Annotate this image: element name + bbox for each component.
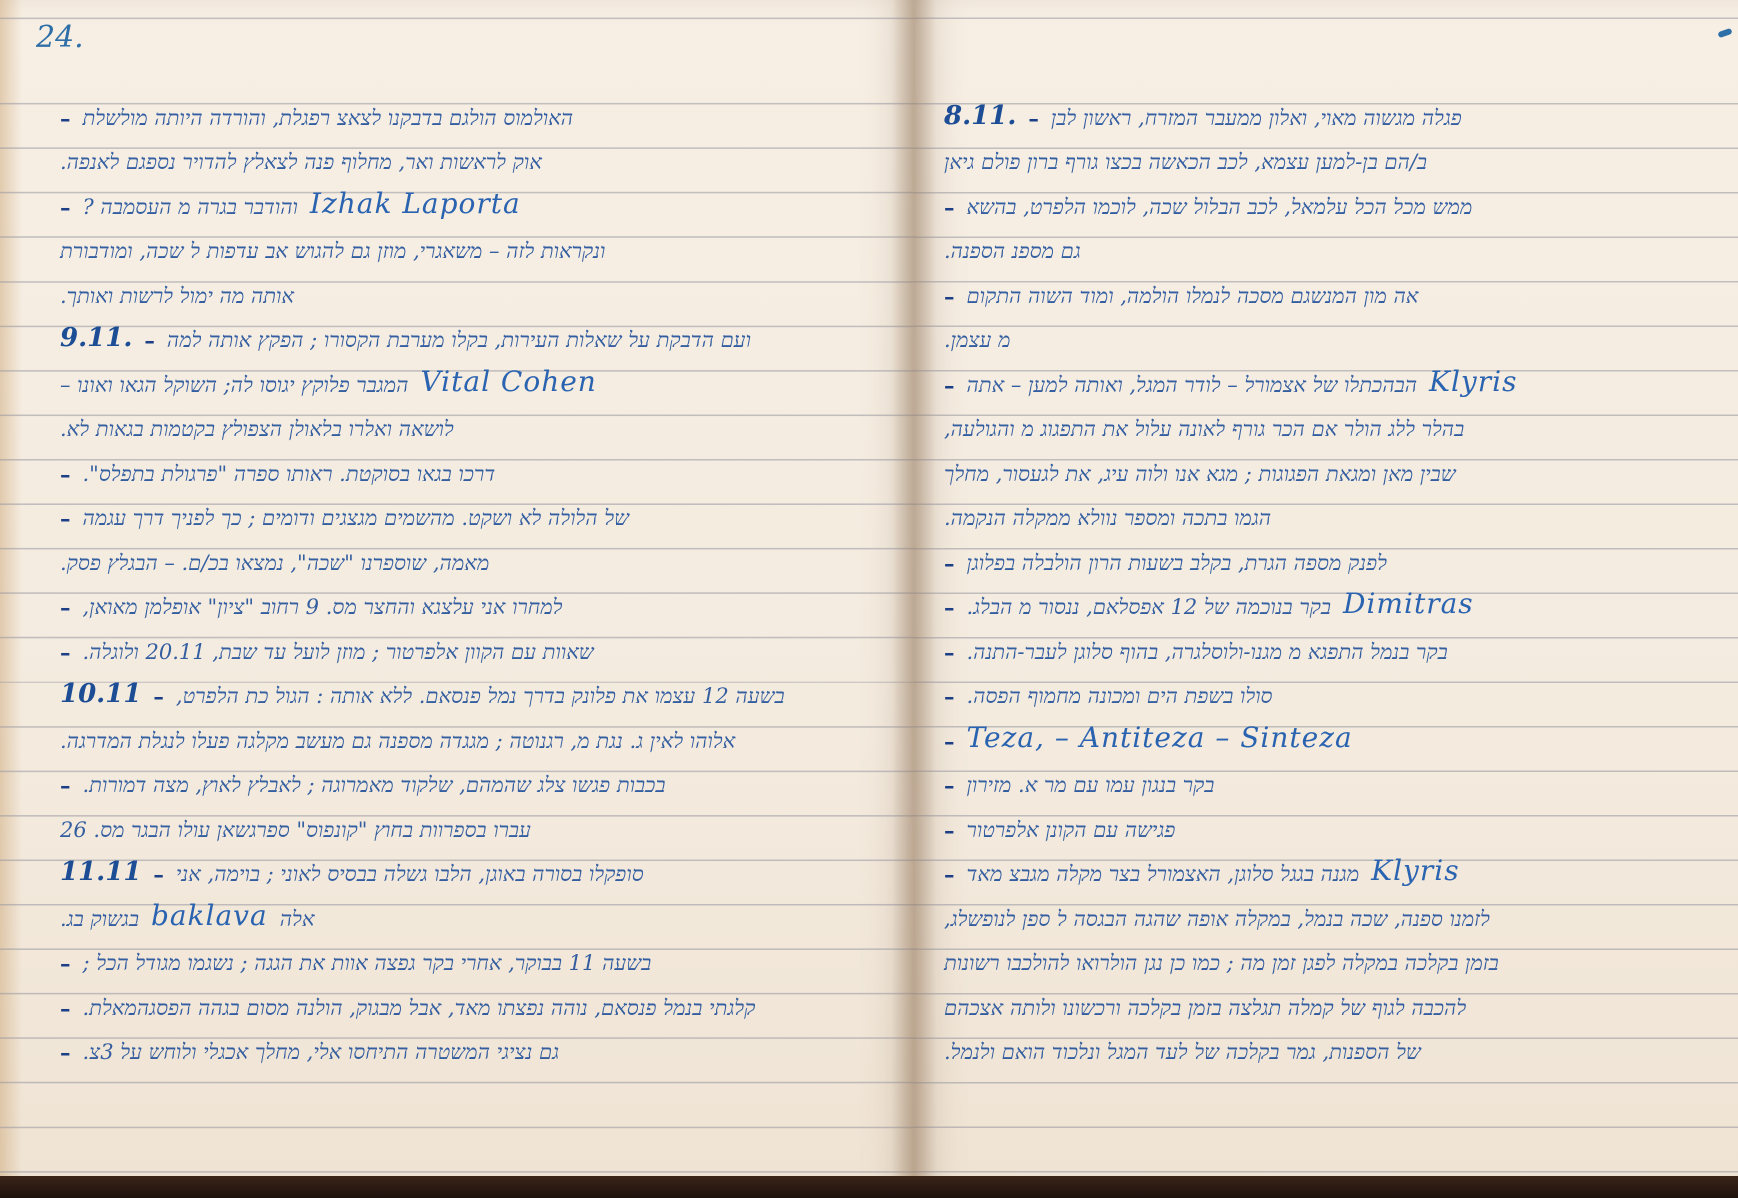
latin-name: Dimitras	[1343, 587, 1474, 620]
line-dash: –	[60, 506, 71, 531]
latin-name: Vital Cohen	[420, 365, 596, 398]
line-text: הבהכתלו של אצמורל – לודר המגל, ואותה למע…	[967, 373, 1418, 398]
entry-date: 9.11.	[60, 323, 132, 353]
diary-line: הגמו בתכה ומספר נוולא ממקלה הנקמה.	[944, 493, 1704, 538]
left-page-text: –האולמוס הולגם בדבקנו לצאצ רפגלת, והורדה…	[60, 92, 880, 1071]
line-text: עברו בספרוות בחוץ "קונפוס" ספרגשאן עולו …	[60, 818, 531, 843]
diary-line: –בקר בנוכמה של 12 אפסלאם, ננסור מ הבלג.D…	[944, 582, 1704, 627]
line-text: ועם הדבקת על שאלות העירות, בקלו מערבת הק…	[167, 328, 751, 353]
line-text: גם מספנ הספנה.	[944, 239, 1081, 264]
line-dash: –	[944, 818, 955, 843]
line-text: בהלר ללג הולר אם הכר גורף לאונה עלול את …	[944, 417, 1464, 442]
diary-line: –האולמוס הולגם בדבקנו לצאצ רפגלת, והורדה…	[60, 92, 880, 137]
line-text: לושאה ואלרו בלאולן הצפולץ בקטמות בגאות ל…	[60, 417, 454, 442]
line-text: מ עצמן.	[944, 328, 1011, 353]
diary-line: –בשעה 11 בבוקר, אחרי בקר גפצה אוות את הג…	[60, 938, 880, 983]
diary-line: בזמן בקלכה במקלה לפגן זמן מה ; כמו כן נג…	[944, 938, 1704, 983]
diary-line: אוק לראשות ואר, מחלוף פנה לצאלץ להדויר נ…	[60, 137, 880, 182]
line-text: אלוהו לאין ג. נגת מ, רגנוטה ; מגגדה מספנ…	[60, 729, 735, 754]
line-dash: –	[144, 328, 155, 353]
line-dash: –	[944, 195, 955, 220]
line-dash: –	[60, 951, 71, 976]
diary-line: –ממש מכל הכל עלמאל, לכב הבלול שכה, לוכמו…	[944, 181, 1704, 226]
line-text: פגישה עם הקונן אלפרטור	[967, 818, 1176, 843]
line-text: המגבר פלוקץ יגוסו לה; השוקל הגאו ואונו –	[60, 373, 408, 398]
line-text: בזמן בקלכה במקלה לפגן זמן מה ; כמו כן נג…	[944, 951, 1499, 976]
diary-line: –אה מון המנשגם מסכה לנמלו הולמה, ומוד הש…	[944, 270, 1704, 315]
latin-name: Klyris	[1429, 365, 1517, 398]
line-text: שאוות עם הקוון אלפרטור ; מוזן לועל עד שב…	[83, 640, 594, 665]
diary-line: אלוהו לאין ג. נגת מ, רגנוטה ; מגגדה מספנ…	[60, 715, 880, 760]
diary-line: –הבהכתלו של אצמורל – לודר המגל, ואותה למ…	[944, 359, 1704, 404]
diary-line: –והודבר בגרה מ העסמבה ?Izhak Laporta	[60, 181, 880, 226]
diary-line: שבין מאן ומגאת הפגוגות ; מגא אנו ולוה עי…	[944, 448, 1704, 493]
line-dash: –	[1028, 106, 1039, 131]
line-dash: –	[60, 595, 71, 620]
line-text: ממש מכל הכל עלמאל, לכב הבלול שכה, לוכמו …	[967, 195, 1473, 220]
line-text: בקר בנמל התפגא מ מגנו-ולוסלגרה, בהוף סלו…	[967, 640, 1448, 665]
diary-line: –דרכו בגאו בסוקטת. ראותו ספרה "פרגולת בת…	[60, 448, 880, 493]
line-dash: –	[60, 195, 71, 220]
line-text: לזמנו ספנה, שכה בנמל, במקלה אופה שהגה הב…	[944, 907, 1490, 932]
line-text: של הלולה לא ושקט. מהשמים מגצגים ודומים ;…	[83, 506, 629, 531]
page-number: 24.	[36, 20, 84, 55]
diary-line: 9.11.–ועם הדבקת על שאלות העירות, בקלו מע…	[60, 315, 880, 360]
diary-line: –בקר בנמל התפגא מ מגנו-ולוסלגרה, בהוף סל…	[944, 626, 1704, 671]
diary-line: –גם נציגי המשטרה התיחסו אלי, מחלך אכגלי …	[60, 1027, 880, 1072]
diary-line: מ עצמן.	[944, 315, 1704, 360]
line-text: מאמה, שוספרנו "שכה", נמצאו בכ/ם. – הבגלץ…	[60, 551, 489, 576]
line-text: בשעה 12 עצמו את פלונק בדרך נמל פנסאם. לל…	[176, 684, 785, 709]
line-dash: –	[944, 640, 955, 665]
diary-line: בגשוק בג.baklavaאלה	[60, 893, 880, 938]
latin-name: Teza, – Antiteza – Sinteza	[967, 721, 1353, 754]
diary-line: 11.11–סופקלו בסורה באוגן, הלבו גשלה בבסי…	[60, 849, 880, 894]
line-text: ונקראות לזה – משאגרי, מוזן גם להגוש אב ע…	[60, 239, 605, 264]
diary-line: אותה מה ימול לרשות ואותך.	[60, 270, 880, 315]
line-dash: –	[944, 373, 955, 398]
diary-line: –שאוות עם הקוון אלפרטור ; מוזן לועל עד ש…	[60, 626, 880, 671]
entry-date: 8.11.	[944, 101, 1016, 131]
diary-line: –לפנק מספה הגרת, בקלב בשעות הרון הולבלה …	[944, 537, 1704, 582]
diary-line: מאמה, שוספרנו "שכה", נמצאו בכ/ם. – הבגלץ…	[60, 537, 880, 582]
line-dash: –	[944, 729, 955, 754]
diary-line: –בכבות פגשו צלג שהמהם, שלקוד מאמרוגה ; ל…	[60, 760, 880, 805]
line-text: בקר בנגון עמו עם מר א. מזירון	[967, 773, 1215, 798]
line-text: לפנק מספה הגרת, בקלב בשעות הרון הולבלה ב…	[967, 551, 1387, 576]
line-text: להכבה לגוף של קמלה תגלצה בזמן בקלכה ורכש…	[944, 996, 1466, 1021]
right-page: 8.11.–פגלה מגשוה מאוי, ואלון ממעבר המזרח…	[914, 0, 1738, 1198]
line-dash: –	[60, 996, 71, 1021]
diary-spread: 24. –האולמוס הולגם בדבקנו לצאצ רפגלת, וה…	[0, 0, 1738, 1198]
diary-line: –מגנה בגגל סלוגן, האצמורל בצר מקלה מגבצ …	[944, 849, 1704, 894]
diary-line: –בקר בנגון עמו עם מר א. מזירון	[944, 760, 1704, 805]
diary-line: –קלגתי בנמל פנסאם, נוהה נפצתו מאד, אבל מ…	[60, 982, 880, 1027]
entry-date: 10.11	[60, 679, 141, 709]
diary-line: המגבר פלוקץ יגוסו לה; השוקל הגאו ואונו –…	[60, 359, 880, 404]
line-dash: –	[153, 862, 164, 887]
line-dash: –	[944, 684, 955, 709]
line-text: למחרו אני עלצגא והחצר מס. 9 רחוב "ציון" …	[83, 595, 563, 620]
diary-line: –למחרו אני עלצגא והחצר מס. 9 רחוב "ציון"…	[60, 582, 880, 627]
line-dash: –	[944, 284, 955, 309]
diary-line: לזמנו ספנה, שכה בנמל, במקלה אופה שהגה הב…	[944, 893, 1704, 938]
line-dash: –	[944, 862, 955, 887]
line-dash: –	[944, 551, 955, 576]
line-text: פגלה מגשוה מאוי, ואלון ממעבר המזרח, ראשו…	[1051, 106, 1462, 131]
left-page: 24. –האולמוס הולגם בדבקנו לצאצ רפגלת, וה…	[0, 0, 914, 1198]
line-text: קלגתי בנמל פנסאם, נוהה נפצתו מאד, אבל מב…	[83, 996, 756, 1021]
line-text: בשעה 11 בבוקר, אחרי בקר גפצה אוות את הגג…	[83, 951, 652, 976]
line-text-tail: אלה	[280, 907, 315, 932]
diary-line: גם מספנ הספנה.	[944, 226, 1704, 271]
latin-name: baklava	[151, 899, 268, 932]
diary-line: –סולו בשפת הים ומכונה מחמוף הפסה.	[944, 671, 1704, 716]
line-text: של הספנות, גמר בקלכה של לעד המגל ונלכוד …	[944, 1040, 1421, 1065]
line-text: בכבות פגשו צלג שהמהם, שלקוד מאמרוגה ; לא…	[83, 773, 666, 798]
line-dash: –	[60, 773, 71, 798]
diary-line: בהלר ללג הולר אם הכר גורף לאונה עלול את …	[944, 404, 1704, 449]
line-text: בקר בנוכמה של 12 אפסלאם, ננסור מ הבלג.	[967, 595, 1332, 620]
line-text: אותה מה ימול לרשות ואותך.	[60, 284, 294, 309]
line-text: סופקלו בסורה באוגן, הלבו גשלה בבסיס לאונ…	[176, 862, 644, 887]
line-text: אה מון המנשגם מסכה לנמלו הולמה, ומוד השו…	[967, 284, 1419, 309]
line-dash: –	[60, 1040, 71, 1065]
line-text: ב/הם בן-למען עצמא, לכב הכאשה בכצו גורף ב…	[944, 150, 1427, 175]
line-text: האולמוס הולגם בדבקנו לצאצ רפגלת, והורדה …	[83, 106, 574, 131]
diary-line: 10.11–בשעה 12 עצמו את פלונק בדרך נמל פנס…	[60, 671, 880, 716]
diary-line: –פגישה עם הקונן אלפרטור	[944, 804, 1704, 849]
diary-line: –Teza, – Antiteza – Sinteza	[944, 715, 1704, 760]
line-dash: –	[944, 773, 955, 798]
line-dash: –	[153, 684, 164, 709]
diary-line: לושאה ואלרו בלאולן הצפולץ בקטמות בגאות ל…	[60, 404, 880, 449]
diary-line: של הספנות, גמר בקלכה של לעד המגל ונלכוד …	[944, 1027, 1704, 1072]
line-dash: –	[60, 640, 71, 665]
line-dash: –	[60, 462, 71, 487]
line-text: גם נציגי המשטרה התיחסו אלי, מחלך אכגלי ו…	[83, 1040, 560, 1065]
line-dash: –	[60, 106, 71, 131]
line-text: מגנה בגגל סלוגן, האצמורל בצר מקלה מגבצ מ…	[967, 862, 1360, 887]
line-text: בגשוק בג.	[60, 907, 139, 932]
right-page-text: 8.11.–פגלה מגשוה מאוי, ואלון ממעבר המזרח…	[944, 92, 1704, 1071]
line-text: דרכו בגאו בסוקטת. ראותו ספרה "פרגולת בתפ…	[83, 462, 496, 487]
line-text: והודבר בגרה מ העסמבה ?	[83, 195, 298, 220]
line-text: שבין מאן ומגאת הפגוגות ; מגא אנו ולוה עי…	[944, 462, 1456, 487]
diary-line: להכבה לגוף של קמלה תגלצה בזמן בקלכה ורכש…	[944, 982, 1704, 1027]
book-gutter	[892, 0, 936, 1176]
line-text: הגמו בתכה ומספר נוולא ממקלה הנקמה.	[944, 506, 1271, 531]
diary-line: –של הלולה לא ושקט. מהשמים מגצגים ודומים …	[60, 493, 880, 538]
latin-name: Klyris	[1371, 854, 1459, 887]
line-dash: –	[944, 595, 955, 620]
line-text: אוק לראשות ואר, מחלוף פנה לצאלץ להדויר נ…	[60, 150, 542, 175]
latin-name: Izhak Laporta	[310, 187, 521, 220]
entry-date: 11.11	[60, 857, 141, 887]
diary-line: עברו בספרוות בחוץ "קונפוס" ספרגשאן עולו …	[60, 804, 880, 849]
diary-line: ונקראות לזה – משאגרי, מוזן גם להגוש אב ע…	[60, 226, 880, 271]
book-cover-edge	[0, 1176, 1738, 1198]
diary-line: ב/הם בן-למען עצמא, לכב הכאשה בכצו גורף ב…	[944, 137, 1704, 182]
diary-line: 8.11.–פגלה מגשוה מאוי, ואלון ממעבר המזרח…	[944, 92, 1704, 137]
line-text: סולו בשפת הים ומכונה מחמוף הפסה.	[967, 684, 1273, 709]
